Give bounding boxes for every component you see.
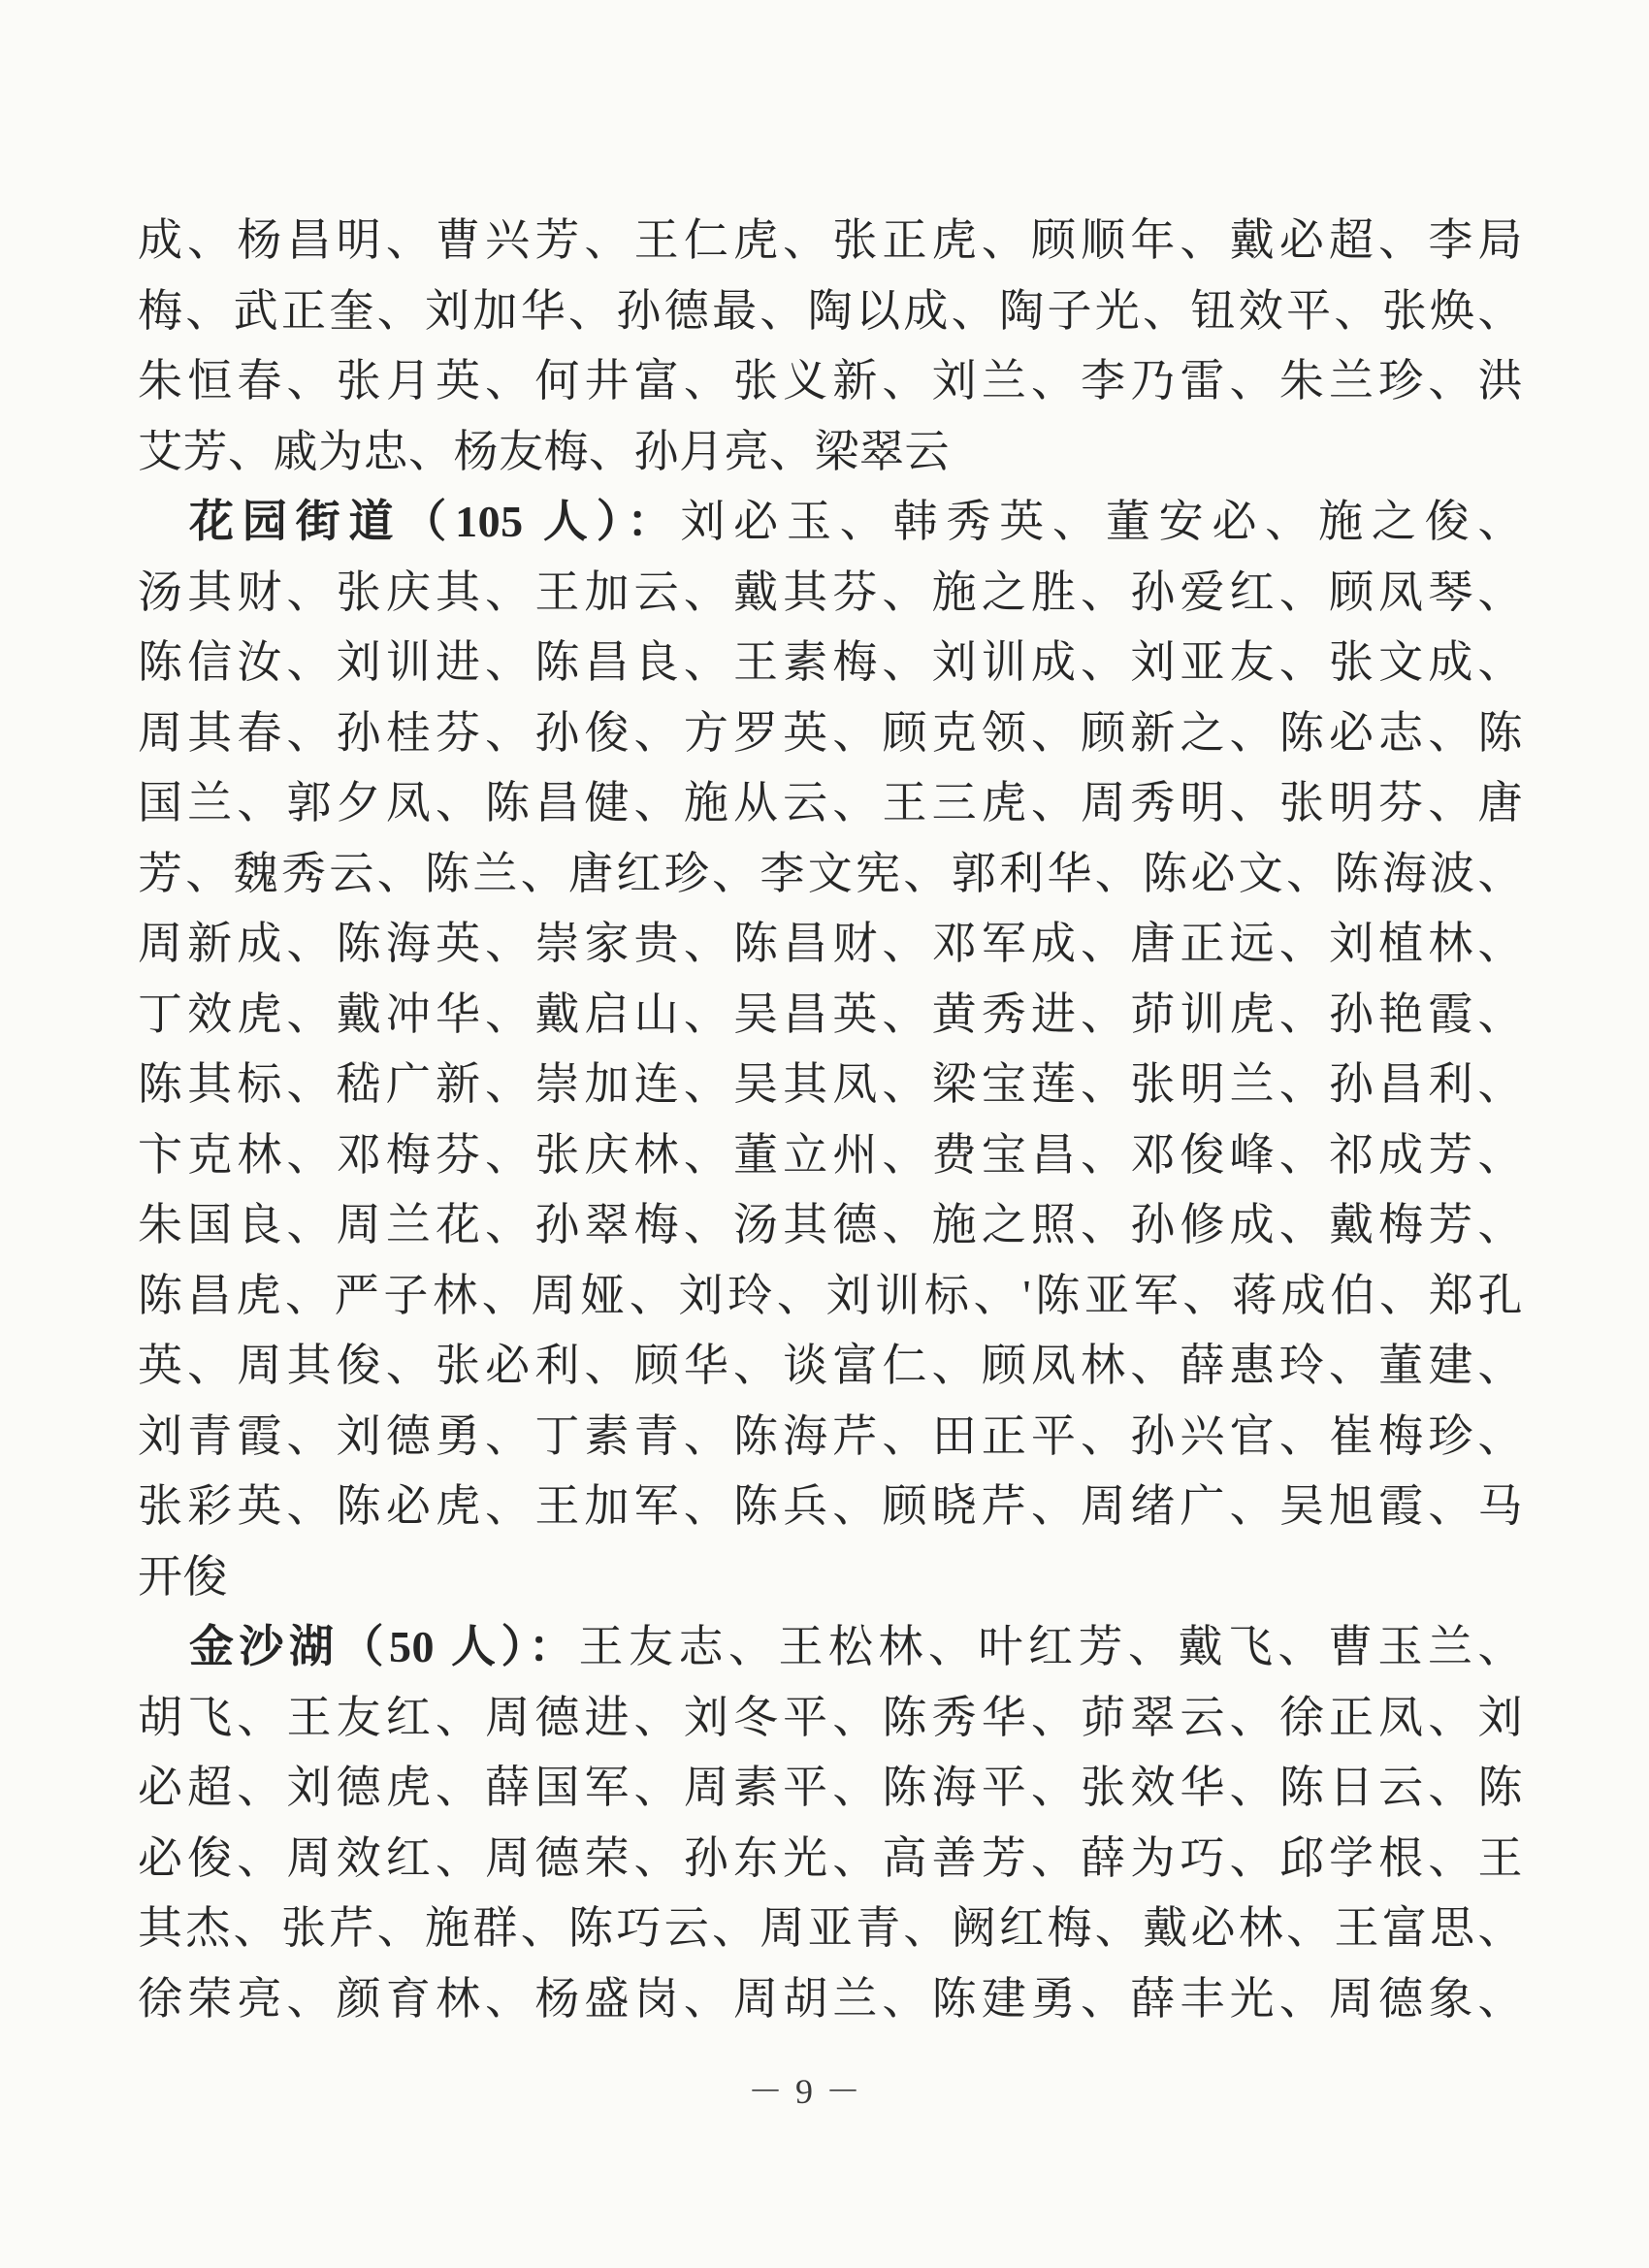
section-heading-huayuan-street: 花园街道（105 人）： [189,497,680,546]
paragraph-huayuan-street: 花园街道（105 人）：刘必玉、韩秀英、董安必、施之俊、 汤其财、张庆其、王加云… [138,487,1523,1612]
page-number: － 9 － [0,2064,1610,2114]
name-list-line: 张彩英、陈必虎、王加军、陈兵、顾晓芹、周绪广、吴旭霞、马 [138,1472,1523,1542]
name-list-line: 汤其财、张庆其、王加云、戴其芬、施之胜、孙爱红、顾凤琴、 [138,558,1523,629]
name-list-line: 芳、魏秀云、陈兰、唐红珍、李文宪、郭利华、陈必文、陈海波、 [138,839,1523,910]
name-list-line: 丁效虎、戴冲华、戴启山、吴昌英、黄秀进、茆训虎、孙艳霞、 [138,980,1523,1051]
document-page: 成、杨昌明、曹兴芳、王仁虎、张正虎、顾顺年、戴必超、李局 梅、武正奎、刘加华、孙… [0,0,1649,2268]
name-list-line: 周新成、陈海英、崇家贵、陈昌财、邓军成、唐正远、刘植林、 [138,909,1523,980]
name-list-line: 刘青霞、刘德勇、丁素青、陈海芹、田正平、孙兴官、崔梅珍、 [138,1402,1523,1473]
name-list-line: 梅、武正奎、刘加华、孙德最、陶以成、陶子光、钮效平、张焕、 [138,276,1523,347]
paragraph-continuation: 成、杨昌明、曹兴芳、王仁虎、张正虎、顾顺年、戴必超、李局 梅、武正奎、刘加华、孙… [138,206,1523,487]
name-list-line: 胡飞、王友红、周德进、刘冬平、陈秀华、茆翠云、徐正凤、刘 [138,1683,1523,1754]
name-list-line: 必超、刘德虎、薛国军、周素平、陈海平、张效华、陈日云、陈 [138,1753,1523,1824]
name-list-line: 卞克林、邓梅芬、张庆林、董立州、费宝昌、邓俊峰、祁成芳、 [138,1120,1523,1191]
name-list-line: 陈其标、嵇广新、崇加连、吴其凤、梁宝莲、张明兰、孙昌利、 [138,1050,1523,1120]
section-heading-names: 刘必玉、韩秀英、董安必、施之俊、 [680,497,1523,546]
name-list-line: 成、杨昌明、曹兴芳、王仁虎、张正虎、顾顺年、戴必超、李局 [138,206,1523,276]
section-heading-names: 王友志、王松林、叶红芳、戴飞、曹玉兰、 [579,1622,1524,1671]
name-list-line: 国兰、郭夕凤、陈昌健、施从云、王三虎、周秀明、张明芬、唐 [138,768,1523,839]
paragraph-jinshahu: 金沙湖（50 人）：王友志、王松林、叶红芳、戴飞、曹玉兰、 胡飞、王友红、周德进… [138,1612,1523,2034]
name-list-line: 朱恒春、张月英、何井富、张义新、刘兰、李乃雷、朱兰珍、洪 [138,346,1523,417]
name-list-line: 必俊、周效红、周德荣、孙东光、高善芳、薛为巧、邱学根、王 [138,1824,1523,1895]
text-block: 成、杨昌明、曹兴芳、王仁虎、张正虎、顾顺年、戴必超、李局 梅、武正奎、刘加华、孙… [138,206,1523,2034]
section-first-line: 金沙湖（50 人）：王友志、王松林、叶红芳、戴飞、曹玉兰、 [138,1612,1523,1683]
name-list-line: 英、周其俊、张必利、顾华、谈富仁、顾凤林、薛惠玲、董建、 [138,1331,1523,1402]
section-heading-jinshahu: 金沙湖（50 人）： [189,1622,579,1671]
name-list-line: 徐荣亮、颜育林、杨盛岗、周胡兰、陈建勇、薛丰光、周德象、 [138,1964,1523,2035]
name-list-line: 陈昌虎、严子林、周娅、刘玲、刘训标、'陈亚军、蒋成伯、郑孔 [138,1261,1523,1332]
name-list-line: 朱国良、周兰花、孙翠梅、汤其德、施之照、孙修成、戴梅芳、 [138,1190,1523,1261]
name-list-line: 其杰、张芹、施群、陈巧云、周亚青、阙红梅、戴必林、王富思、 [138,1894,1523,1964]
name-list-line: 周其春、孙桂芬、孙俊、方罗英、顾克领、顾新之、陈必志、陈 [138,698,1523,769]
name-list-line: 开俊 [138,1542,1523,1613]
section-first-line: 花园街道（105 人）：刘必玉、韩秀英、董安必、施之俊、 [138,487,1523,558]
name-list-line: 艾芳、戚为忠、杨友梅、孙月亮、梁翠云 [138,417,1523,488]
name-list-line: 陈信汝、刘训进、陈昌良、王素梅、刘训成、刘亚友、张文成、 [138,628,1523,698]
